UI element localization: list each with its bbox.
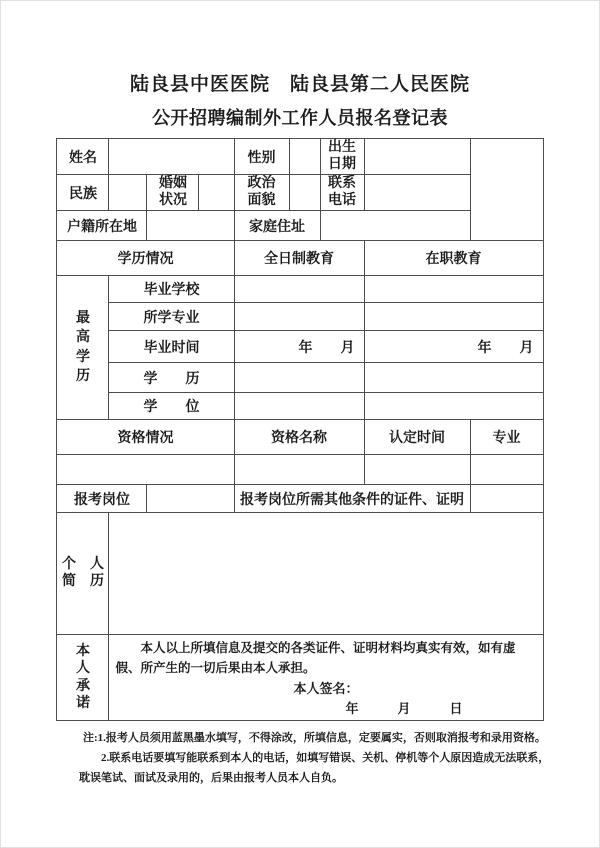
- graduate-school-label: 毕业学校: [109, 276, 234, 303]
- footnotes: 注:1.报考人员须用蓝黑墨水填写，不得涂改，所填信息，定要属实，否则取消报考和录…: [79, 728, 551, 788]
- row-education-header: 学历情况 全日制教育 在职教育: [57, 241, 543, 276]
- major-studied-fulltime-value: [234, 303, 364, 331]
- gender-label: 性别: [234, 139, 289, 175]
- registration-table: 姓名 性别 出生 日期 民族 婚姻 状况: [56, 138, 543, 721]
- degree-onjob-value: [364, 393, 543, 420]
- footnote-line-1: 注:1.报考人员须用蓝黑墨水填写，不得涂改，所填信息，定要属实，否则取消报考和录…: [79, 728, 551, 748]
- row-graduation-time: 毕业时间 年 月 年 月: [57, 331, 543, 363]
- commitment-area: 本人以上所填信息及提交的各类证件、证明材料均真实有效，如有虚假、所产生的一切后果…: [109, 635, 543, 721]
- footnote-line-2: 2.联系电话要填写能联系到本人的电话，如填写错误、关机、停机等个人原因造成无法联…: [79, 748, 551, 768]
- row-degree: 学 位: [57, 393, 543, 420]
- row-resume: 个 人 简 历: [57, 513, 543, 635]
- resume-label: 个 人 简 历: [57, 513, 109, 635]
- row-position: 报考岗位 报考岗位所需其他条件的证件、证明: [57, 485, 543, 513]
- political-status-label: 政治 面貌: [234, 175, 289, 211]
- qualification-section-label: 资格情况: [57, 420, 234, 455]
- page-title-form: 公开招聘编制外工作人员报名登记表: [1, 107, 599, 130]
- name-label: 姓名: [57, 139, 109, 175]
- graduation-time-label: 毕业时间: [109, 331, 234, 363]
- major-studied-label: 所学专业: [109, 303, 234, 331]
- marital-status-value: [199, 175, 234, 211]
- ethnic-label: 民族: [57, 175, 109, 211]
- row-education-level: 学 历: [57, 363, 543, 393]
- row-major-studied: 所学专业: [57, 303, 543, 331]
- row-commitment: 本人承诺 本人以上所填信息及提交的各类证件、证明材料均真实有效，如有虚假、所产生…: [57, 635, 543, 721]
- qualification-major-value: [470, 455, 543, 485]
- education-section-label: 学历情况: [57, 241, 234, 276]
- marital-status-label: 婚姻 状况: [147, 175, 199, 211]
- qualification-time-value: [364, 455, 470, 485]
- signature-label: 本人签名：: [115, 680, 535, 698]
- qualification-name-label: 资格名称: [234, 420, 364, 455]
- phone-value: [364, 175, 470, 211]
- gender-value: [289, 139, 320, 175]
- position-value: [147, 485, 234, 513]
- degree-fulltime-value: [234, 393, 364, 420]
- graduation-time-fulltime-value: 年 月: [234, 331, 364, 363]
- photo-area: [470, 139, 543, 241]
- qualification-time-label: 认定时间: [364, 420, 470, 455]
- page-title-hospitals: 陆良县中医医院 陆良县第二人民医院: [1, 73, 599, 98]
- address-value: [320, 211, 470, 241]
- graduate-school-fulltime-value: [234, 276, 364, 303]
- political-status-value: [289, 175, 320, 211]
- graduate-school-onjob-value: [364, 276, 543, 303]
- onjob-education-label: 在职教育: [364, 241, 543, 276]
- other-documents-value: [470, 485, 543, 513]
- graduation-time-onjob-value: 年 月: [364, 331, 543, 363]
- residence-label: 户籍所在地: [57, 211, 147, 241]
- qualification-name-value: [234, 455, 364, 485]
- signature-date-placeholder: 年 月 日: [115, 700, 535, 718]
- degree-label: 学 位: [109, 393, 234, 420]
- education-level-onjob-value: [364, 363, 543, 393]
- row-qualification-header: 资格情况 资格名称 认定时间 专业: [57, 420, 543, 455]
- birth-date-value: [364, 139, 470, 175]
- document-page: 陆良县中医医院 陆良县第二人民医院 公开招聘编制外工作人员报名登记表 姓名 性别…: [0, 0, 600, 848]
- qualification-major-label: 专业: [470, 420, 543, 455]
- commitment-statement: 本人以上所填信息及提交的各类证件、证明材料均真实有效，如有虚假、所产生的一切后果…: [115, 639, 535, 678]
- birth-date-label: 出生 日期: [320, 139, 364, 175]
- footnote-line-3: 耽误笔试、面试及录用的，后果由报考人员本人自负。: [79, 768, 551, 788]
- residence-value: [147, 211, 234, 241]
- education-level-label: 学 历: [109, 363, 234, 393]
- phone-label: 联系 电话: [320, 175, 364, 211]
- other-documents-label: 报考岗位所需其他条件的证件、证明: [234, 485, 470, 513]
- resume-area: [109, 513, 543, 635]
- qualification-section-value: [57, 455, 234, 485]
- name-value: [109, 139, 234, 175]
- address-label: 家庭住址: [234, 211, 320, 241]
- commitment-label: 本人承诺: [57, 635, 109, 721]
- fulltime-education-label: 全日制教育: [234, 241, 364, 276]
- major-studied-onjob-value: [364, 303, 543, 331]
- highest-education-label: 最高学历: [57, 276, 109, 420]
- position-label: 报考岗位: [57, 485, 147, 513]
- ethnic-value: [109, 175, 147, 211]
- row-name-gender-birth: 姓名 性别 出生 日期: [57, 139, 543, 175]
- row-qualification-values: [57, 455, 543, 485]
- row-graduate-school: 最高学历 毕业学校: [57, 276, 543, 303]
- education-level-fulltime-value: [234, 363, 364, 393]
